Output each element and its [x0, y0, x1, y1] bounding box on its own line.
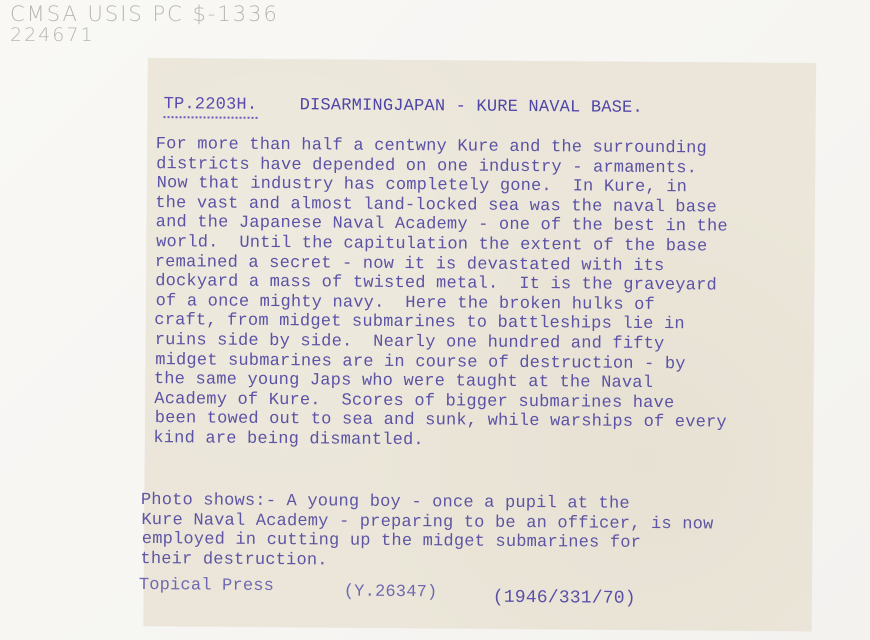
footer-source: Topical Press: [139, 576, 274, 597]
footer-date-code: (1946/331/70): [493, 589, 636, 610]
photo-caption-paragraph: Photo shows:- A young boy - once a pupil…: [141, 491, 714, 574]
headline: DISARMINGJAPAN - KURE NAVAL BASE.: [300, 96, 643, 118]
pencil-annotation-line-1: CMSA USIS PC $-1336: [10, 2, 279, 26]
reference-code: TP.2203H.: [164, 95, 258, 118]
footer-reference: (Y.26347): [344, 583, 438, 603]
typed-line: kind are being dismantled.: [153, 429, 725, 453]
body-paragraph: For more than half a centwny Kure and th…: [154, 135, 729, 453]
typed-caption-sheet: TP.2203H. DISARMINGJAPAN - KURE NAVAL BA…: [144, 58, 816, 631]
pencil-annotation-line-2: 224671: [10, 24, 95, 46]
typed-line: their destruction.: [140, 550, 712, 574]
